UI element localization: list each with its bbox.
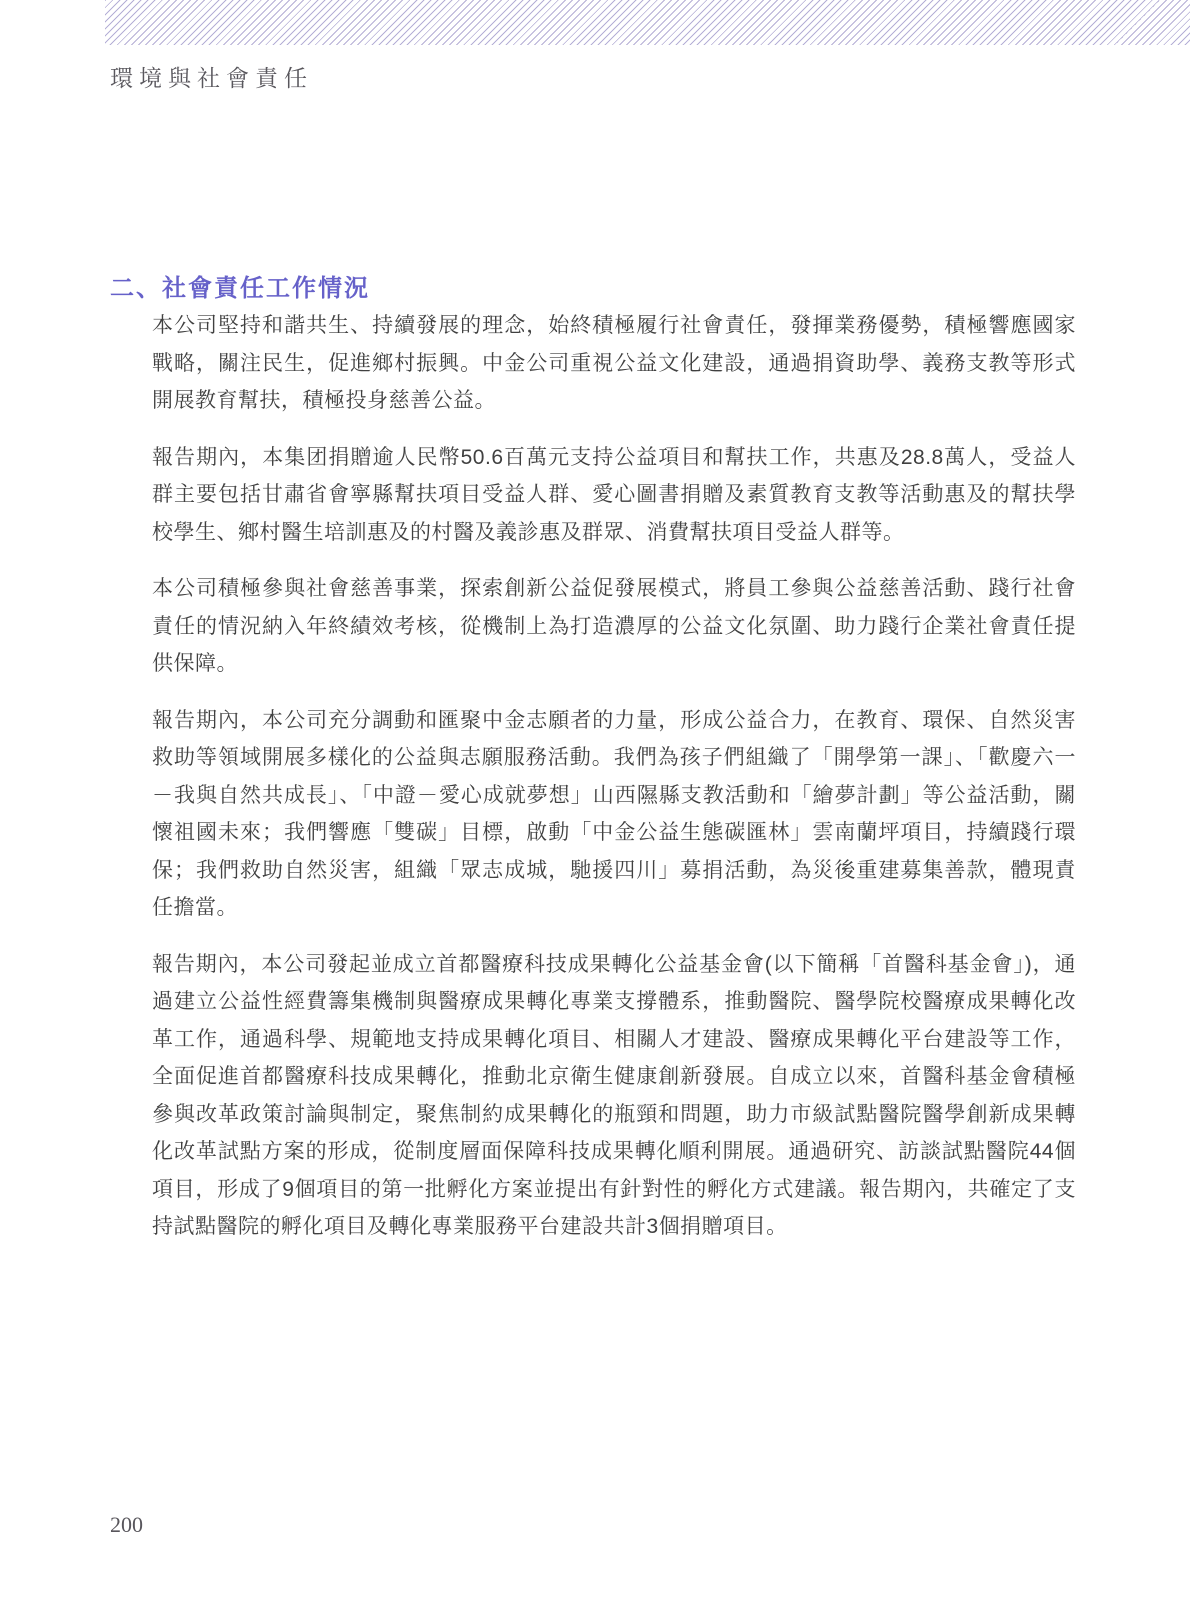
body-paragraph: 本公司積極參與社會慈善事業，探索創新公益促發展模式，將員工參與公益慈善活動、踐行…	[152, 570, 1076, 683]
report-page: 環境與社會責任 二、社會責任工作情況 本公司堅持和諧共生、持續發展的理念，始終積…	[0, 0, 1190, 1615]
body-paragraph: 報告期內，本公司充分調動和匯聚中金志願者的力量，形成公益合力，在教育、環保、自然…	[152, 702, 1076, 927]
chapter-header: 環境與社會責任	[110, 60, 313, 93]
section-heading: 二、社會責任工作情況	[110, 268, 370, 303]
body-paragraph: 本公司堅持和諧共生、持續發展的理念，始終積極履行社會責任，發揮業務優勢，積極響應…	[152, 307, 1076, 420]
diagonal-hatch-banner	[105, 0, 1190, 45]
page-number: 200	[110, 1512, 143, 1538]
body-paragraph: 報告期內，本公司發起並成立首都醫療科技成果轉化公益基金會(以下簡稱「首醫科基金會…	[152, 946, 1076, 1246]
body-content: 本公司堅持和諧共生、持續發展的理念，始終積極履行社會責任，發揮業務優勢，積極響應…	[152, 307, 1076, 1265]
body-paragraph: 報告期內，本集团捐贈逾人民幣50.6百萬元支持公益項目和幫扶工作，共惠及28.8…	[152, 439, 1076, 552]
